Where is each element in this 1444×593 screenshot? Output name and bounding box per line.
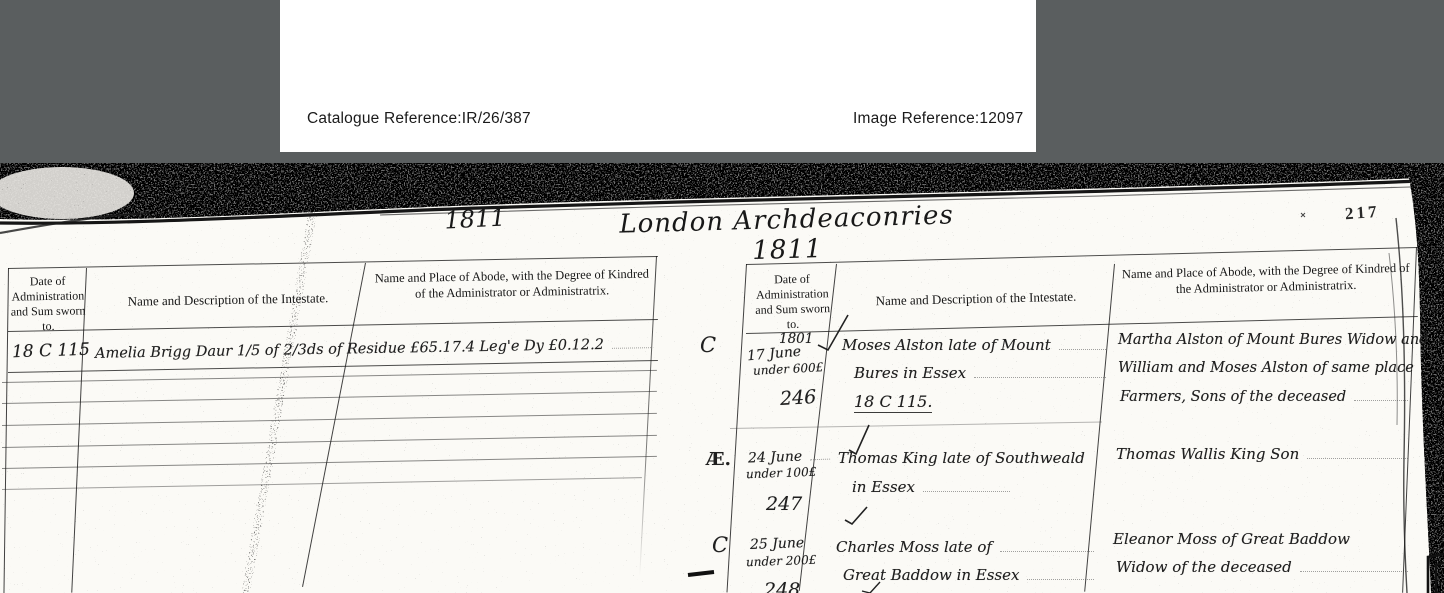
left-entry-sum-ref: 18 C 115	[12, 340, 87, 363]
reference-panel: Catalogue Reference:IR/26/387 Image Refe…	[280, 0, 1036, 152]
image-reference-label: Image Reference:12097	[853, 110, 1024, 128]
viewer-window: Catalogue Reference:IR/26/387 Image Refe…	[0, 0, 1444, 593]
intestate-ref: 18 C 115.	[854, 392, 932, 411]
page-number: 217	[1344, 202, 1380, 224]
margin-letter: Æ.	[706, 449, 731, 470]
kindred-line: Martha Alston of Mount Bures Widow and	[1118, 332, 1428, 348]
entry-date: 25 June	[750, 535, 805, 553]
entry-date: 24 June	[748, 448, 833, 467]
kindred-line: William and Moses Alston of same place	[1118, 360, 1414, 376]
intestate-line: in Essex	[852, 478, 1012, 496]
intestate-line: Thomas King late of Southweald	[838, 449, 1085, 467]
catalogue-reference-label: Catalogue Reference:IR/26/387	[307, 110, 531, 128]
entry-sworn: under 200£	[746, 553, 817, 569]
entry-number: 246	[779, 386, 816, 410]
intestate-line: Moses Alston late of Mount	[842, 336, 1108, 354]
left-header-kindred: Name and Place of Abode, with the Degree…	[370, 267, 654, 303]
intestate-line: Bures in Essex	[854, 364, 1108, 382]
left-header-date: Date of Administration and Sum sworn to.	[9, 273, 86, 334]
margin-letter: C	[700, 333, 716, 357]
year-annotation: 1811	[429, 203, 520, 236]
kindred-line: Eleanor Moss of Great Baddow	[1113, 530, 1350, 548]
margin-letter: C	[712, 533, 728, 557]
entry-number: 248	[764, 579, 800, 593]
intestate-line: Charles Moss late of	[836, 538, 1096, 556]
entry-sworn: under 100£	[746, 465, 817, 481]
kindred-line: Widow of the deceased	[1116, 558, 1410, 576]
right-header-date: Date of Administration and Sum sworn to.	[749, 271, 835, 332]
document-scan: 1811 London Archdeaconries 1811 217 Date…	[0, 163, 1444, 593]
entry-number: 247	[766, 493, 802, 515]
kindred-line: Farmers, Sons of the deceased	[1120, 389, 1410, 405]
kindred-line: Thomas Wallis King Son	[1116, 445, 1410, 463]
intestate-line: Great Baddow in Essex	[843, 566, 1096, 584]
